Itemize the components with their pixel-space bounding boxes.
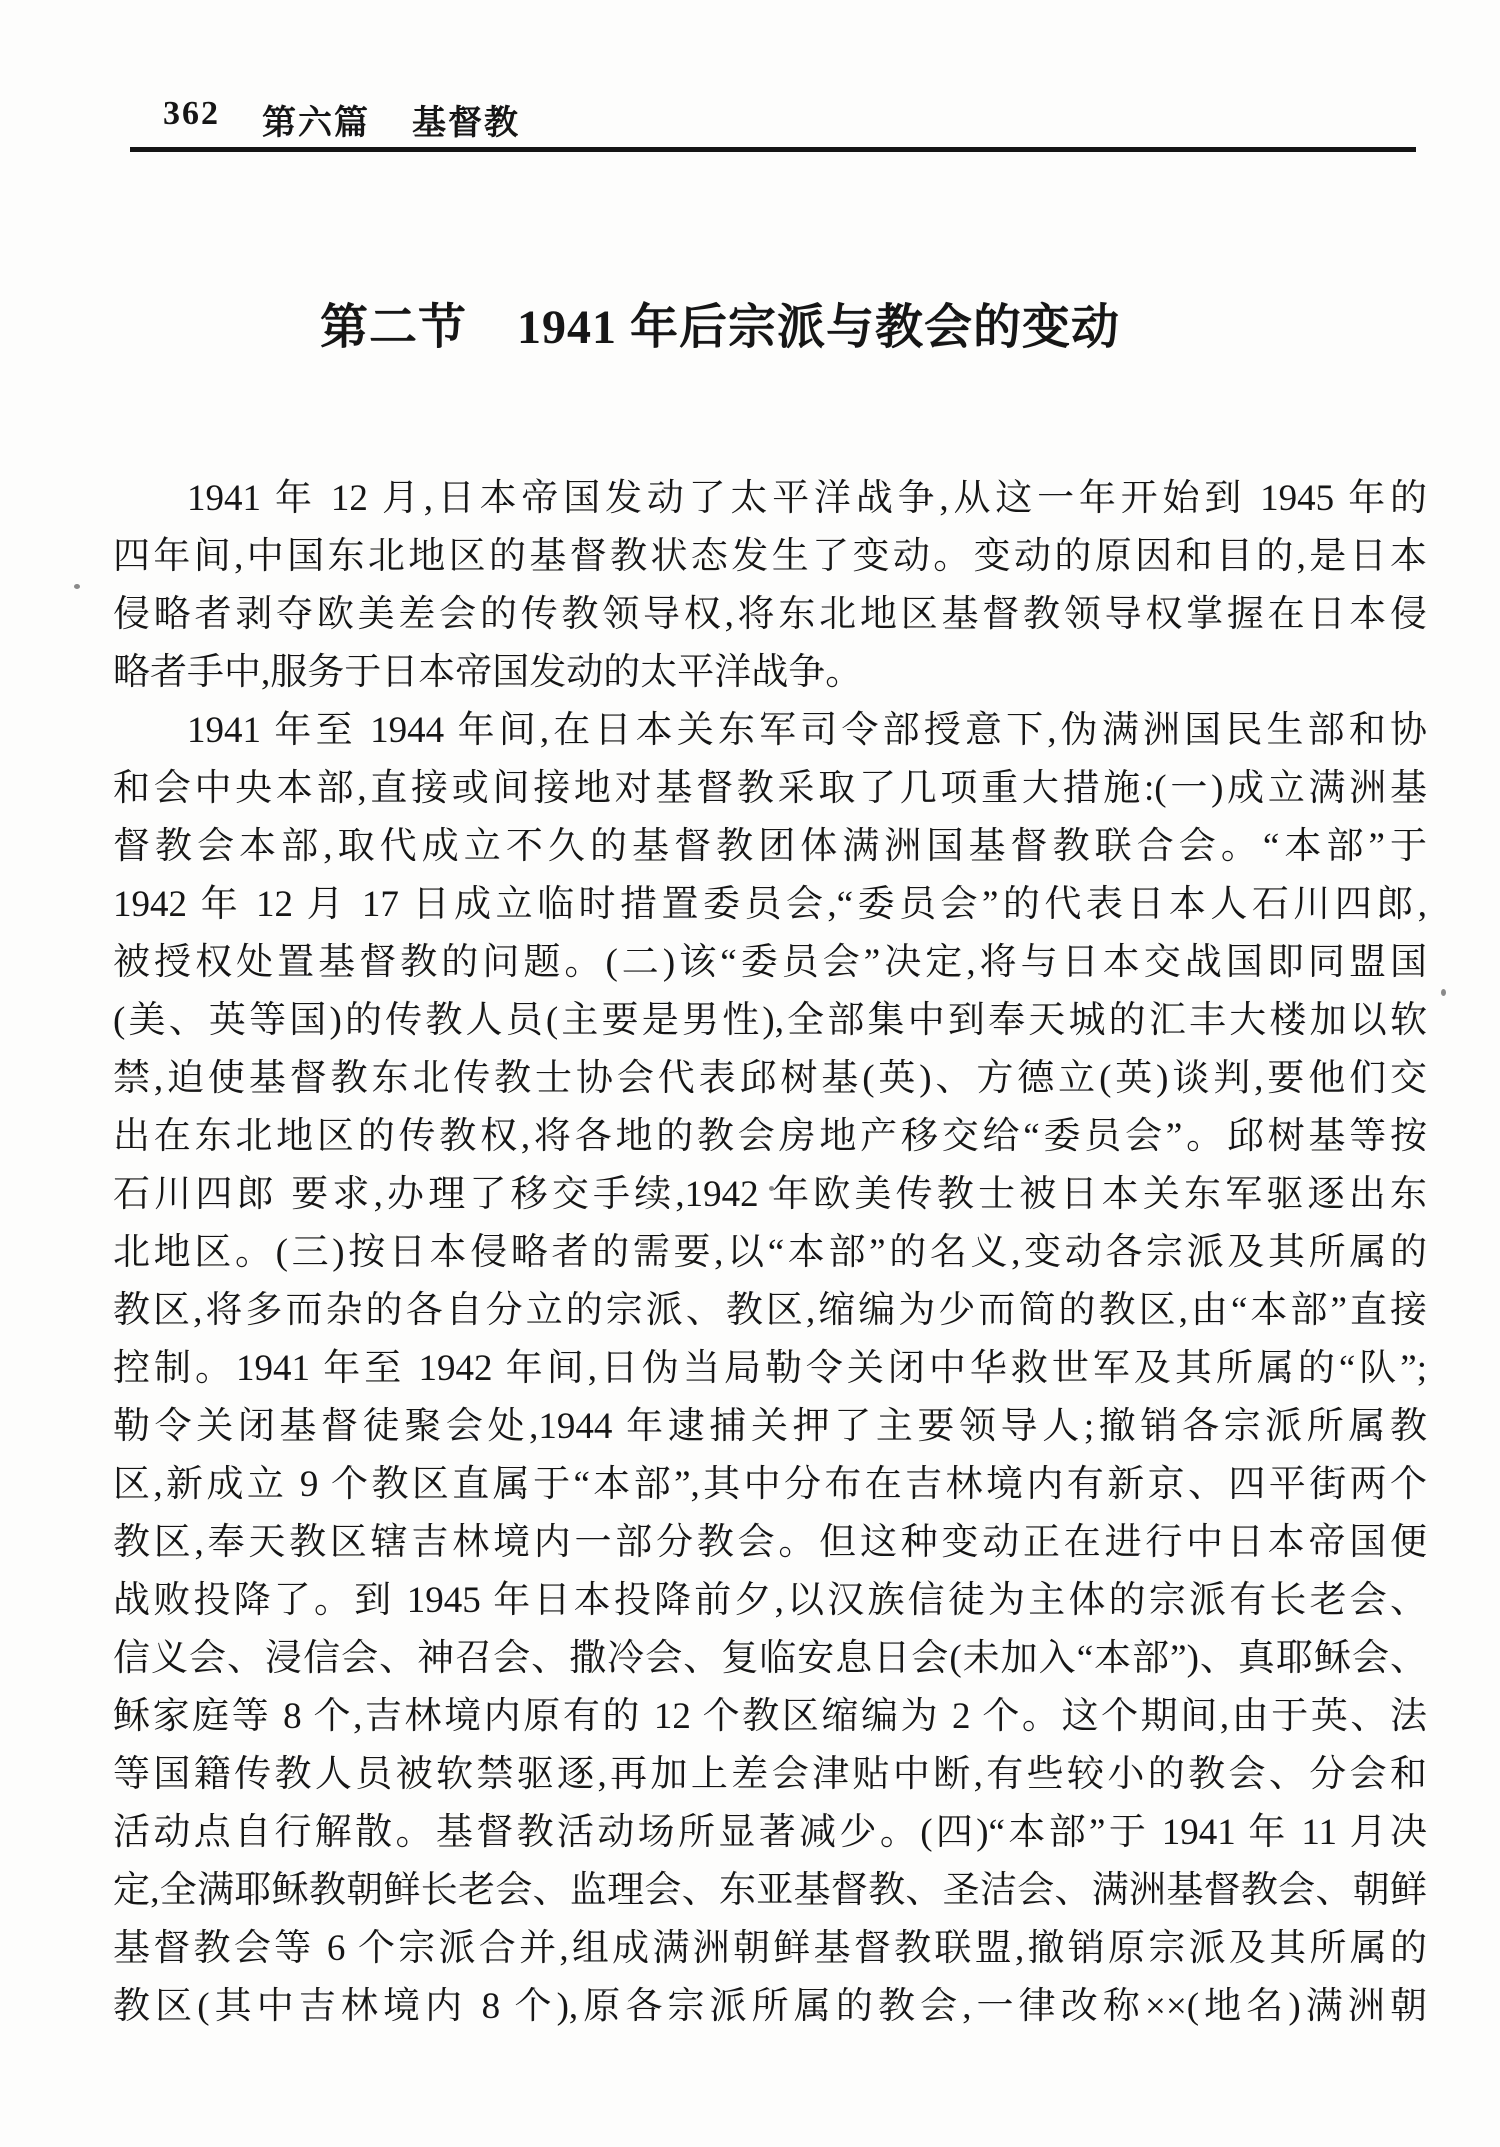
scan-speck xyxy=(74,584,80,589)
text-line: 石川四郎 要求,办理了移交手续,1942 年欧美传教士被日本关东军驱逐出东 xyxy=(113,1166,1427,1224)
running-head: 362 第六篇 基督教 xyxy=(163,95,520,144)
section-title: 第二节1941 年后宗派与教会的变动 xyxy=(0,288,1470,357)
text-line: 略者手中,服务于日本帝国发动的太平洋战争。 xyxy=(113,644,1427,702)
book-page: 362 第六篇 基督教 第二节1941 年后宗派与教会的变动 1941 年 12… xyxy=(0,0,1500,2147)
text-line: 和会中央本部,直接或间接地对基督教采取了几项重大措施:(一)成立满洲基 xyxy=(113,760,1427,818)
text-line: 控制。1941 年至 1942 年间,日伪当局勒令关闭中华救世军及其所属的“队”… xyxy=(113,1340,1427,1398)
text-line: 禁,迫使基督教东北传教士协会代表邱树基(英)、方德立(英)谈判,要他们交 xyxy=(113,1050,1427,1108)
text-line: 勒令关闭基督徒聚会处,1944 年逮捕关押了主要领导人;撤销各宗派所属教 xyxy=(113,1398,1427,1456)
text-line: 战败投降了。到 1945 年日本投降前夕,以汉族信徒为主体的宗派有长老会、 xyxy=(113,1572,1427,1630)
text-line: 侵略者剥夺欧美差会的传教领导权,将东北地区基督教领导权掌握在日本侵 xyxy=(113,586,1427,644)
part-subject: 基督教 xyxy=(412,95,520,144)
text-line: 1941 年 12 月,日本帝国发动了太平洋战争,从这一年开始到 1945 年的 xyxy=(113,470,1427,528)
header-rule xyxy=(130,147,1416,150)
text-line: 信义会、浸信会、神召会、撒冷会、复临安息日会(未加入“本部”)、真耶稣会、耶 xyxy=(113,1630,1427,1688)
text-line: 教区,奉天教区辖吉林境内一部分教会。但这种变动正在进行中日本帝国便 xyxy=(113,1514,1427,1572)
text-line: 定,全满耶稣教朝鲜长老会、监理会、东亚基督教、圣洁会、满洲基督教会、朝鲜 xyxy=(113,1862,1427,1920)
scan-speck xyxy=(769,1186,774,1191)
text-line: (美、英等国)的传教人员(主要是男性),全部集中到奉天城的汇丰大楼加以软 xyxy=(113,992,1427,1050)
text-line: 教区,将多而杂的各自分立的宗派、教区,缩编为少而简的教区,由“本部”直接 xyxy=(113,1282,1427,1340)
scan-speck xyxy=(1441,989,1446,996)
section-name: 1941 年后宗派与教会的变动 xyxy=(517,301,1120,354)
text-line: 区,新成立 9 个教区直属于“本部”,其中分布在吉林境内有新京、四平街两个 xyxy=(113,1456,1427,1514)
part-label: 第六篇 xyxy=(262,95,370,144)
text-line: 基督教会等 6 个宗派合并,组成满洲朝鲜基督教联盟,撤销原宗派及其所属的 xyxy=(113,1920,1427,1978)
text-line: 等国籍传教人员被软禁驱逐,再加上差会津贴中断,有些较小的教会、分会和 xyxy=(113,1746,1427,1804)
page-number: 362 xyxy=(163,95,220,144)
text-line: 教区(其中吉林境内 8 个),原各宗派所属的教会,一律改称××(地名)满洲朝 xyxy=(113,1978,1427,2036)
text-line: 被授权处置基督教的问题。(二)该“委员会”决定,将与日本交战国即同盟国 xyxy=(113,934,1427,992)
body-text: 1941 年 12 月,日本帝国发动了太平洋战争,从这一年开始到 1945 年的… xyxy=(113,470,1427,2036)
section-label: 第二节 xyxy=(320,301,467,354)
text-line: 督教会本部,取代成立不久的基督教团体满洲国基督教联合会。“本部”于 xyxy=(113,818,1427,876)
text-line: 稣家庭等 8 个,吉林境内原有的 12 个教区缩编为 2 个。这个期间,由于英、… xyxy=(113,1688,1427,1746)
text-line: 1942 年 12 月 17 日成立临时措置委员会,“委员会”的代表日本人石川四… xyxy=(113,876,1427,934)
text-line: 北地区。(三)按日本侵略者的需要,以“本部”的名义,变动各宗派及其所属的 xyxy=(113,1224,1427,1282)
text-line: 1941 年至 1944 年间,在日本关东军司令部授意下,伪满洲国民生部和协 xyxy=(113,702,1427,760)
text-line: 出在东北地区的传教权,将各地的教会房地产移交给“委员会”。邱树基等按 xyxy=(113,1108,1427,1166)
text-line: 四年间,中国东北地区的基督教状态发生了变动。变动的原因和目的,是日本 xyxy=(113,528,1427,586)
text-line: 活动点自行解散。基督教活动场所显著减少。(四)“本部”于 1941 年 11 月… xyxy=(113,1804,1427,1862)
